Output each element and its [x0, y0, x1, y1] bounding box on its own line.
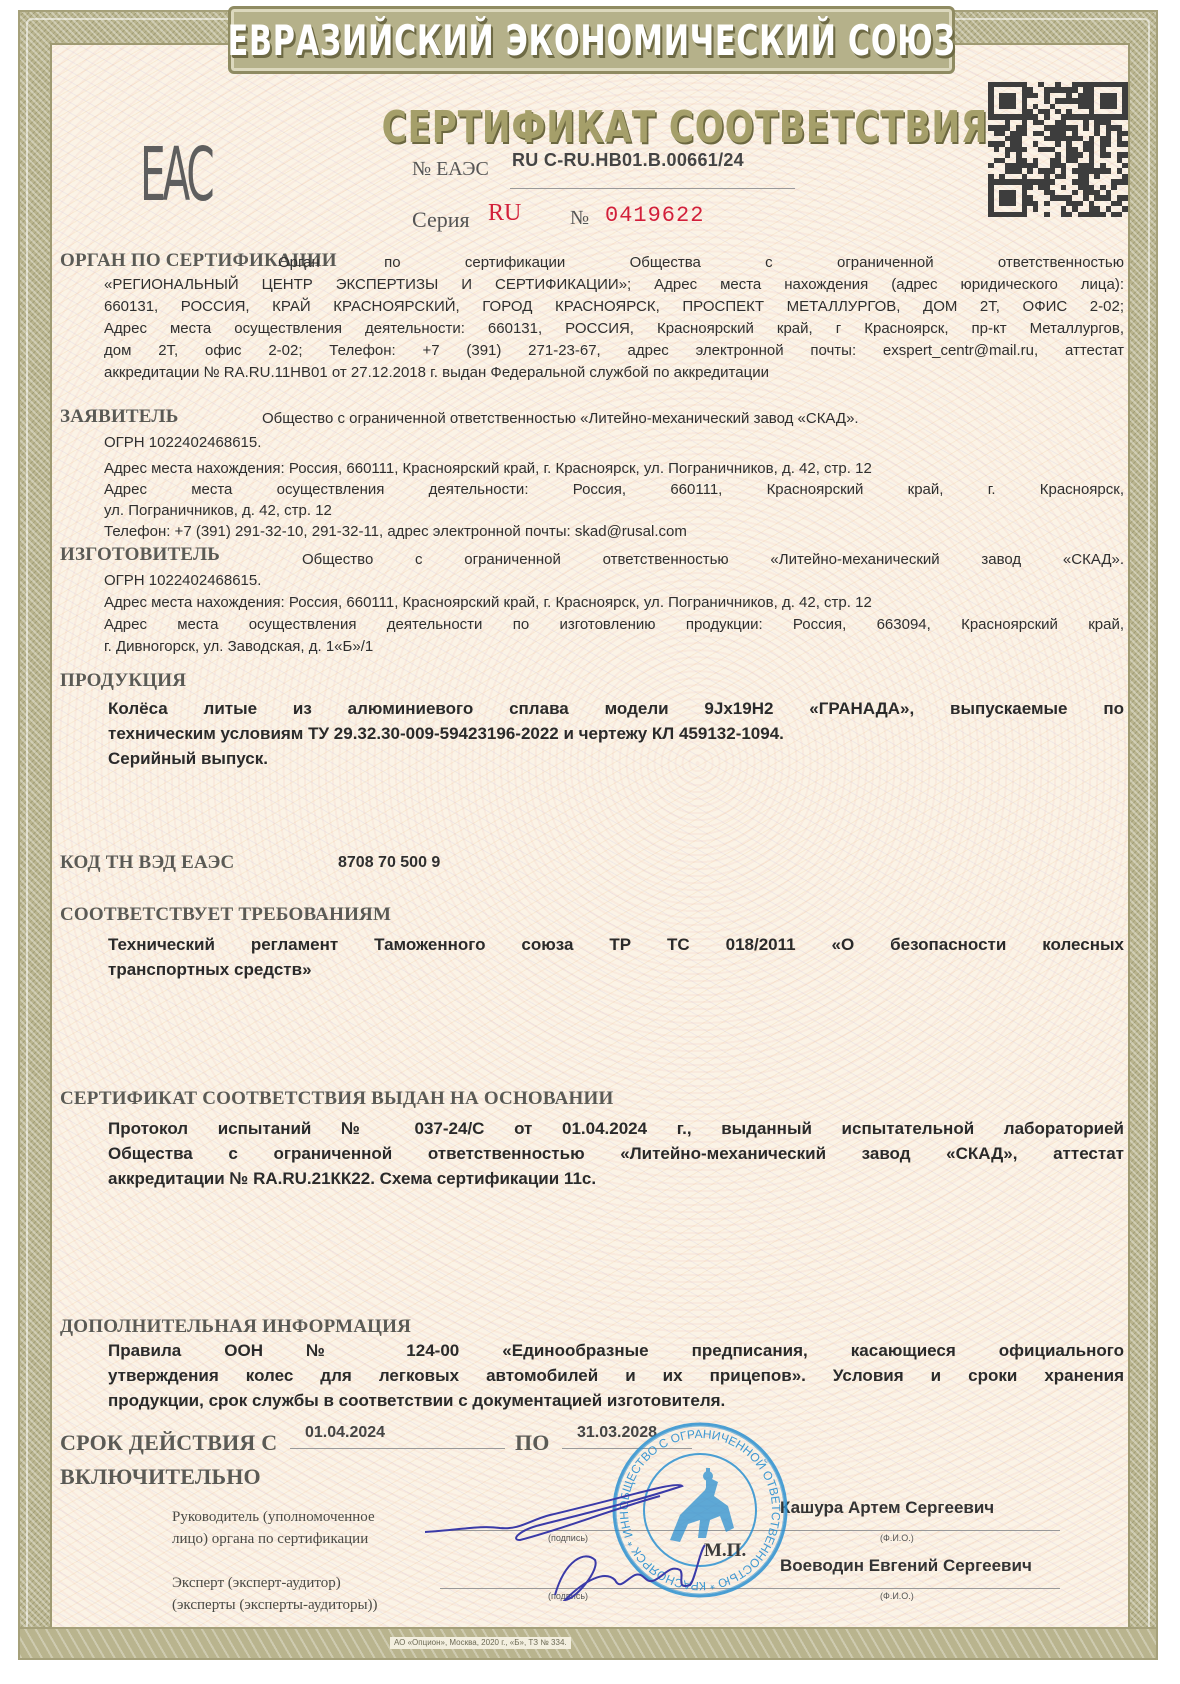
expert-label-line: (эксперты (эксперты-аудиторы)): [172, 1594, 378, 1616]
applicant-name: Общество с ограниченной ответственностью…: [262, 408, 1122, 430]
qr-code-icon: [988, 82, 1128, 217]
requirements-label: СООТВЕТСТВУЕТ ТРЕБОВАНИЯМ: [60, 904, 391, 926]
certificate-number: RU C-RU.НВ01.В.00661/24: [512, 150, 744, 171]
text-line: ул. Пограничников, д. 42, стр. 12: [104, 500, 1124, 521]
text-line: транспортных средств»: [108, 957, 1124, 982]
series-value: RU: [488, 200, 521, 227]
text-line: Протокол испытаний № 037-24/С от 01.04.2…: [108, 1116, 1124, 1141]
additional-info-label: ДОПОЛНИТЕЛЬНАЯ ИНФОРМАЦИЯ: [60, 1316, 411, 1338]
manufacturer-details: ОГРН 1022402468615. Адрес места нахожден…: [104, 570, 1124, 658]
head-signature-icon: [420, 1470, 690, 1550]
text-line: аккредитации № RA.RU.11НВ01 от 27.12.201…: [104, 362, 1124, 384]
text-line: Общество с ограниченной ответственностью…: [302, 549, 1124, 571]
hs-code-value: 8708 70 500 9: [338, 852, 440, 874]
text-line: Адрес места осуществления деятельности: …: [104, 318, 1124, 340]
document-title: СЕРТИФИКАТ СООТВЕТСТВИЯ: [382, 102, 819, 153]
validity-from-label: СРОК ДЕЙСТВИЯ С: [60, 1430, 277, 1456]
text-line: Общество с ограниченной ответственностью…: [262, 408, 1122, 430]
text-line: Серийный выпуск.: [108, 746, 1124, 771]
form-number-label: №: [570, 207, 589, 230]
text-line: Орган по сертификации Общества с огранич…: [278, 252, 1124, 274]
head-label: Руководитель (уполномоченное лицо) орган…: [172, 1506, 375, 1550]
certification-body-line-0: Орган по сертификации Общества с огранич…: [278, 252, 1124, 274]
certificate-number-underline: [510, 188, 795, 189]
expert-name-caption: (Ф.И.О.): [880, 1591, 914, 1601]
expert-signature-icon: [545, 1540, 715, 1610]
applicant-label: ЗАЯВИТЕЛЬ: [60, 406, 179, 428]
text-line: утверждения колес для легковых автомобил…: [108, 1363, 1124, 1388]
product-text: Колёса литые из алюминиевого сплава моде…: [108, 696, 1124, 771]
validity-to-label: ПО: [515, 1430, 550, 1456]
text-line: продукции, срок службы в соответствии с …: [108, 1388, 1124, 1413]
text-line: Технический регламент Таможенного союза …: [108, 932, 1124, 957]
text-line: Адрес места нахождения: Россия, 660111, …: [104, 592, 1124, 614]
text-line: Адрес места осуществления деятельности: …: [104, 479, 1124, 500]
series-label: Серия: [412, 207, 470, 233]
text-line: Правила ООН № 124-00 «Единообразные пред…: [108, 1338, 1124, 1363]
form-number: 0419622: [605, 203, 704, 228]
text-line: Адрес места нахождения: Россия, 660111, …: [104, 458, 1124, 479]
manufacturer-label: ИЗГОТОВИТЕЛЬ: [60, 544, 220, 566]
text-line: «РЕГИОНАЛЬНЫЙ ЦЕНТР ЭКСПЕРТИЗЫ И СЕРТИФИ…: [104, 274, 1124, 296]
validity-from-underline: [290, 1448, 505, 1449]
text-line: г. Дивногорск, ул. Заводская, д. 1«Б»/1: [104, 636, 1124, 658]
requirements-text: Технический регламент Таможенного союза …: [108, 932, 1124, 982]
text-line: Общества с ограниченной ответственностью…: [108, 1141, 1124, 1166]
head-label-line: Руководитель (уполномоченное: [172, 1506, 375, 1528]
head-name-caption: (Ф.И.О.): [880, 1533, 914, 1543]
expert-label-line: Эксперт (эксперт-аудитор): [172, 1572, 378, 1594]
validity-inclusive-label: ВКЛЮЧИТЕЛЬНО: [60, 1464, 261, 1490]
eac-logo-icon: EAC: [140, 140, 180, 210]
applicant-details: ОГРН 1022402468615. Адрес места нахожден…: [104, 432, 1124, 542]
text-line: техническим условиям ТУ 29.32.30-009-594…: [108, 721, 1124, 746]
validity-from-date: 01.04.2024: [305, 1424, 385, 1442]
printer-info: АО «Опцион», Москва, 2020 г., «Б», ТЗ № …: [390, 1637, 571, 1649]
basis-label: СЕРТИФИКАТ СООТВЕТСТВИЯ ВЫДАН НА ОСНОВАН…: [60, 1088, 613, 1110]
expert-label: Эксперт (эксперт-аудитор) (эксперты (экс…: [172, 1572, 378, 1616]
certification-body-text: «РЕГИОНАЛЬНЫЙ ЦЕНТР ЭКСПЕРТИЗЫ И СЕРТИФИ…: [104, 274, 1124, 384]
basis-text: Протокол испытаний № 037-24/С от 01.04.2…: [108, 1116, 1124, 1191]
union-title: ЕВРАЗИЙСКИЙ ЭКОНОМИЧЕСКИЙ СОЮЗ: [227, 16, 955, 65]
additional-info-text: Правила ООН № 124-00 «Единообразные пред…: [108, 1338, 1124, 1413]
text-line: 660131, РОССИЯ, КРАЙ КРАСНОЯРСКИЙ, ГОРОД…: [104, 296, 1124, 318]
footer-band: [18, 1627, 1158, 1660]
text-line: Колёса литые из алюминиевого сплава моде…: [108, 696, 1124, 721]
head-name: Кашура Артем Сергеевич: [780, 1498, 994, 1518]
text-line: дом 2Т, офис 2-02; Телефон: +7 (391) 271…: [104, 340, 1124, 362]
text-line: ОГРН 1022402468615.: [104, 570, 1124, 592]
expert-name: Воеводин Евгений Сергеевич: [780, 1556, 1032, 1576]
manufacturer-name: Общество с ограниченной ответственностью…: [302, 549, 1124, 571]
certificate-number-label: № ЕАЭС: [412, 158, 489, 181]
product-label: ПРОДУКЦИЯ: [60, 670, 186, 692]
hs-code-label: КОД ТН ВЭД ЕАЭС: [60, 852, 234, 874]
text-line: ОГРН 1022402468615.: [104, 432, 1124, 453]
text-line: Телефон: +7 (391) 291-32-10, 291-32-11, …: [104, 521, 1124, 542]
text-line: Адрес места осуществления деятельности п…: [104, 614, 1124, 636]
text-line: аккредитации № RA.RU.21КК22. Схема серти…: [108, 1166, 1124, 1191]
union-banner: ЕВРАЗИЙСКИЙ ЭКОНОМИЧЕСКИЙ СОЮЗ: [228, 6, 955, 74]
head-label-line: лицо) органа по сертификации: [172, 1528, 375, 1550]
